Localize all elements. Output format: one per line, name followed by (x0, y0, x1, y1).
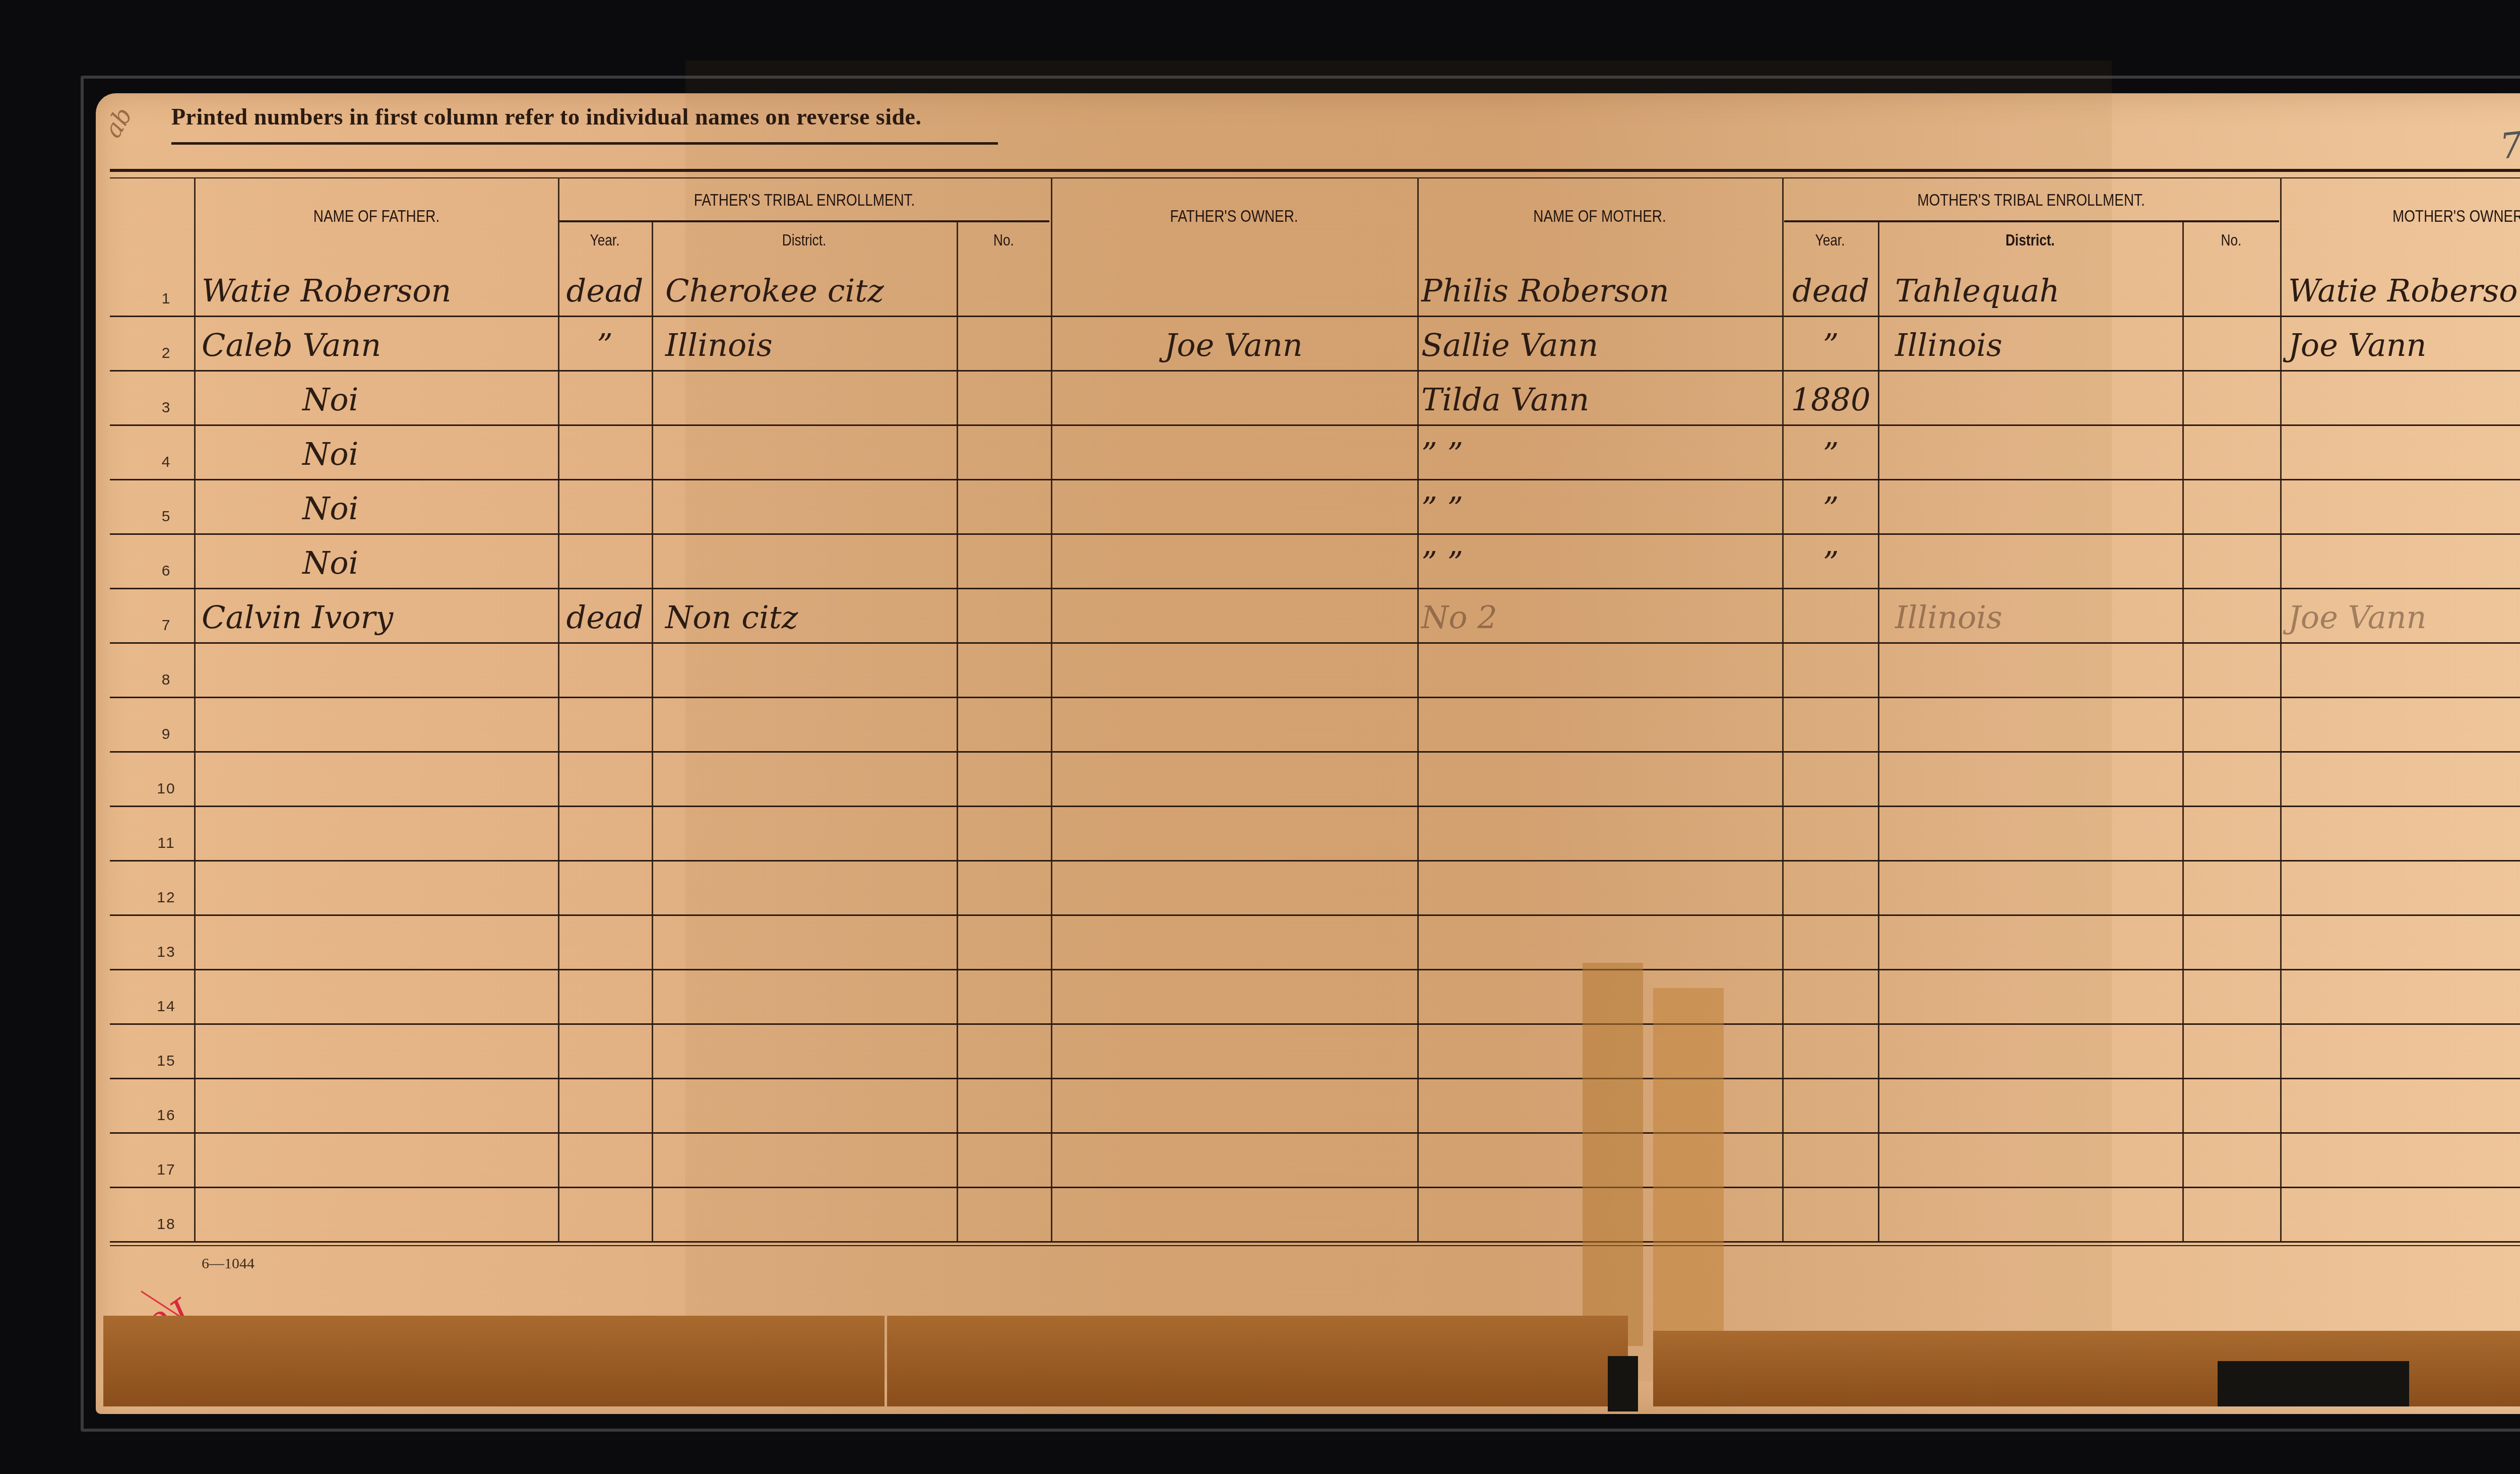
col-divider (1782, 177, 1784, 1241)
row-rule (110, 697, 2520, 698)
row-number: 17 (136, 1161, 197, 1179)
table-top-rule (110, 169, 2520, 172)
cell-mother: ” ” (1421, 436, 1779, 472)
cell-father: Noi (202, 436, 655, 472)
instruction-underline (171, 142, 998, 145)
cell-m-year: ” (1784, 327, 1877, 363)
col-divider (1051, 177, 1052, 1241)
col-divider (1417, 177, 1419, 1241)
cell-father: Watie Roberson (202, 272, 554, 309)
repair-tape (1653, 988, 1724, 1371)
row-rule (110, 588, 2520, 589)
header-name-of-father: NAME OF FATHER. (228, 207, 525, 226)
father-enrollment-subrule (559, 220, 1049, 222)
row-number: 18 (136, 1216, 197, 1233)
table-bottom-rule (110, 1245, 2520, 1246)
row-rule (110, 316, 2520, 317)
cell-mother: Philis Roberson (1421, 272, 1779, 309)
instruction-text: Printed numbers in first column refer to… (171, 103, 922, 130)
cell-mother: Sallie Vann (1421, 327, 1779, 363)
cell-father: Noi (202, 544, 655, 581)
row-rule (110, 1241, 2520, 1243)
row-number: 7 (136, 617, 197, 634)
row-number: 12 (136, 889, 197, 906)
row-number: 13 (136, 944, 197, 961)
cell-f-owner: Joe Vann (1053, 327, 1414, 363)
cell-f-year: dead (559, 272, 650, 309)
row-rule (110, 1078, 2520, 1079)
row-rule (110, 479, 2520, 480)
row-number: 9 (136, 726, 197, 743)
cell-mother: No 2 (1421, 599, 1779, 636)
cell-f-year: ” (559, 327, 650, 363)
header-mothers-owner: MOTHER'S OWNER. (2312, 207, 2520, 226)
header-mother-district: District. (1905, 231, 2155, 250)
row-rule (110, 1023, 2520, 1025)
row-rule (110, 860, 2520, 862)
mother-enrollment-subrule (1784, 220, 2279, 222)
cell-father: Noi (202, 490, 655, 527)
row-number: 2 (136, 345, 197, 362)
cell-mother: ” ” (1421, 490, 1779, 527)
cell-f-district: Illinois (665, 327, 953, 363)
cell-m-year: dead (1784, 272, 1877, 309)
form-number: 6—1044 (202, 1255, 255, 1272)
row-number: 16 (136, 1107, 197, 1124)
header-fathers-owner: FATHER'S OWNER. (1084, 207, 1384, 226)
cell-m-owner: Joe Vann (2288, 327, 2520, 363)
row-number: 6 (136, 563, 197, 580)
header-mothers-tribal-enrollment: MOTHER'S TRIBAL ENROLLMENT. (1827, 191, 2235, 210)
row-number: 3 (136, 399, 197, 416)
cell-m-district: Tahlequah (1895, 272, 2180, 309)
row-rule (110, 370, 2520, 372)
cell-m-year: ” (1784, 436, 1877, 472)
cell-father: Calvin Ivory (202, 599, 554, 636)
header-father-district: District. (679, 231, 929, 250)
row-number: 1 (136, 290, 197, 308)
header-name-of-mother: NAME OF MOTHER. (1450, 207, 1749, 226)
col-divider (957, 222, 958, 1241)
edge-damage (1608, 1356, 1638, 1411)
cell-m-year: ” (1784, 490, 1877, 527)
header-mother-no: No. (2191, 231, 2271, 250)
edge-damage (2218, 1361, 2409, 1406)
cell-f-district: Non citz (665, 599, 953, 636)
row-number: 15 (136, 1053, 197, 1070)
row-rule (110, 642, 2520, 644)
header-father-no: No. (965, 231, 1042, 250)
row-rule (110, 806, 2520, 807)
col-divider (2182, 222, 2184, 1241)
row-number: 4 (136, 454, 197, 471)
cell-m-year: ” (1784, 544, 1877, 581)
cell-f-district: Cherokee citz (665, 272, 953, 309)
row-rule (110, 914, 2520, 916)
row-rule (110, 424, 2520, 426)
col-divider (2280, 177, 2282, 1241)
bottom-edge-tape (887, 1316, 1628, 1406)
row-rule (110, 751, 2520, 753)
col-divider (1878, 222, 1879, 1241)
row-number: 8 (136, 671, 197, 689)
header-father-year: Year. (566, 231, 644, 250)
table-top-rule-thin (110, 177, 2520, 178)
header-fathers-tribal-enrollment: FATHER'S TRIBAL ENROLLMENT. (602, 191, 1006, 210)
cell-m-year: 1880 (1784, 381, 1877, 418)
repair-tape (1583, 963, 1643, 1346)
cell-m-owner: Watie Roberson (2288, 272, 2520, 309)
cell-m-district: Illinois (1895, 599, 2180, 636)
row-rule (110, 969, 2520, 970)
row-rule (110, 1132, 2520, 1134)
row-rule (110, 1187, 2520, 1188)
cell-m-owner: Joe Vann (2288, 599, 2520, 636)
row-number: 10 (136, 780, 197, 797)
col-divider (652, 222, 653, 1241)
bottom-edge-tape (103, 1316, 885, 1406)
cell-mother: ” ” (1421, 544, 1779, 581)
row-number: 5 (136, 508, 197, 525)
cell-father: Caleb Vann (202, 327, 554, 363)
col-divider (194, 177, 196, 1241)
cell-mother: Tilda Vann (1421, 381, 1779, 418)
row-number: 14 (136, 998, 197, 1015)
row-rule (110, 533, 2520, 535)
header-mother-year: Year. (1791, 231, 1869, 250)
cell-father: Noi (202, 381, 655, 418)
row-number: 11 (136, 835, 197, 852)
cell-m-district: Illinois (1895, 327, 2180, 363)
cell-f-year: dead (559, 599, 650, 636)
